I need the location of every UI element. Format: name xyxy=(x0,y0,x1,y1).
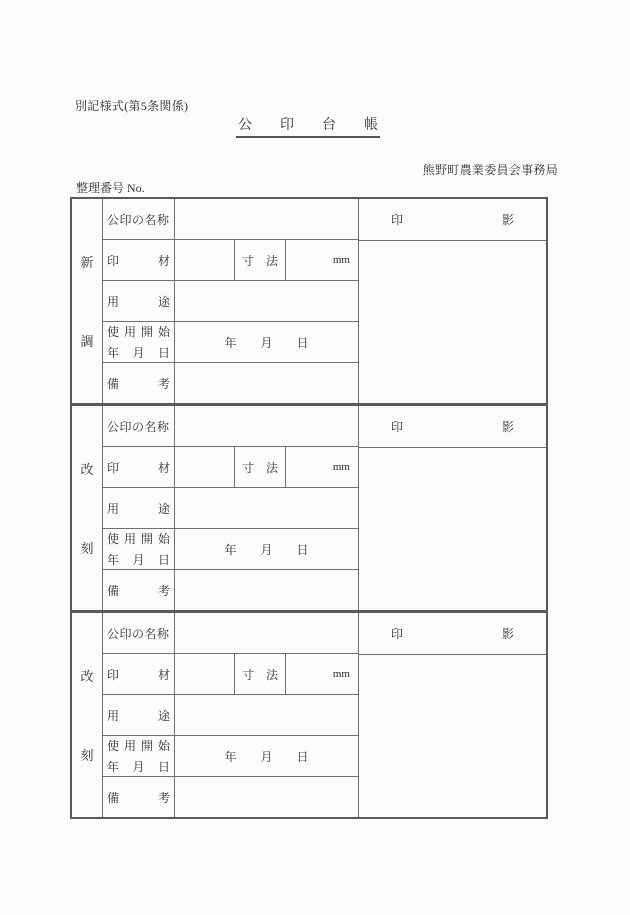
label-char: 寸 xyxy=(242,666,254,683)
use-label: 用 途 xyxy=(103,281,175,321)
label-char: 始 xyxy=(158,737,170,754)
remarks-label: 備 考 xyxy=(103,777,175,817)
impression-column: 印 影 xyxy=(358,406,546,610)
section-reengrave-1: 改 刻 公印の名称 印 材 寸 法 xyxy=(72,403,546,610)
use-value-cell xyxy=(175,488,358,528)
size-unit: mm xyxy=(333,254,350,266)
label-char: 年 xyxy=(107,758,119,775)
label-char: 備 xyxy=(107,582,119,599)
section-reengrave-2-rows: 公印の名称 印 材 寸 法 mm xyxy=(103,613,358,817)
start-date-label-line1: 使 用 開 始 xyxy=(107,530,170,547)
size-value-cell: mm xyxy=(286,254,358,266)
start-date-label: 使 用 開 始 年 月 日 xyxy=(103,736,175,776)
start-date-label-lines: 使 用 開 始 年 月 日 xyxy=(107,530,170,568)
material-content: 寸 法 mm xyxy=(175,240,358,280)
label-char: 考 xyxy=(158,789,170,806)
label-char: 法 xyxy=(266,666,278,683)
start-date-label: 使 用 開 始 年 月 日 xyxy=(103,529,175,569)
remarks-label: 備 考 xyxy=(103,363,175,403)
use-value-cell xyxy=(175,281,358,321)
seal-name-row: 公印の名称 xyxy=(103,613,358,654)
material-value-cell xyxy=(175,654,235,694)
label-char: 印 xyxy=(391,418,403,435)
impression-label: 印 影 xyxy=(359,406,546,448)
label-char: 月 xyxy=(132,758,144,775)
start-date-row: 使 用 開 始 年 月 日 年 月 日 xyxy=(103,322,358,363)
type-char: 改 xyxy=(80,459,93,478)
size-unit: mm xyxy=(333,461,350,473)
label-char: 始 xyxy=(158,530,170,547)
label-char: 開 xyxy=(141,737,153,754)
label-char: 途 xyxy=(158,707,170,724)
seal-name-value-cell xyxy=(175,613,358,653)
type-char: 刻 xyxy=(80,745,93,764)
label-char: 寸 xyxy=(242,459,254,476)
use-label: 用 途 xyxy=(103,695,175,735)
label-char: 年 xyxy=(107,551,119,568)
use-row: 用 途 xyxy=(103,488,358,529)
impression-label: 印 影 xyxy=(359,199,546,241)
section-reengrave-2-type-label: 改 刻 xyxy=(72,613,103,817)
label-char: 影 xyxy=(502,625,514,642)
remarks-row: 備 考 xyxy=(103,363,358,403)
label-char: 用 xyxy=(107,293,119,310)
start-date-label-line2: 年 月 日 xyxy=(107,344,170,361)
start-date-label-line1: 使 用 開 始 xyxy=(107,323,170,340)
seal-name-label: 公印の名称 xyxy=(103,613,175,653)
label-char: 材 xyxy=(158,666,170,683)
seal-register-table: 新 調 公印の名称 印 材 寸 法 xyxy=(70,197,548,819)
office-name: 熊野町農業委員会事務局 xyxy=(423,161,558,178)
label-char: 法 xyxy=(266,252,278,269)
size-unit: mm xyxy=(333,668,350,680)
material-row: 印 材 寸 法 mm xyxy=(103,447,358,488)
seal-name-label: 公印の名称 xyxy=(103,199,175,239)
size-value-cell: mm xyxy=(286,668,358,680)
section-reengrave-2: 改 刻 公印の名称 印 材 寸 法 xyxy=(72,610,546,817)
start-date-value-cell: 年 月 日 xyxy=(175,529,358,569)
document-page: 別記様式(第5条関係) 公 印 台 帳 熊野町農業委員会事務局 整理番号 No.… xyxy=(0,0,630,915)
section-new-type-label: 新 調 xyxy=(72,199,103,403)
section-reengrave-1-rows: 公印の名称 印 材 寸 法 mm xyxy=(103,406,358,610)
label-char: 日 xyxy=(158,551,170,568)
label-char: 途 xyxy=(158,293,170,310)
impression-column: 印 影 xyxy=(358,199,546,403)
seal-name-value-cell xyxy=(175,406,358,446)
serial-number-label: 整理番号 No. xyxy=(76,179,145,196)
type-char: 新 xyxy=(80,252,93,271)
label-char: 用 xyxy=(107,500,119,517)
label-char: 印 xyxy=(391,625,403,642)
label-char: 寸 xyxy=(242,252,254,269)
section-new-rows: 公印の名称 印 材 寸 法 mm xyxy=(103,199,358,403)
label-char: 途 xyxy=(158,500,170,517)
type-char: 改 xyxy=(80,666,93,685)
start-date-label-line1: 使 用 開 始 xyxy=(107,737,170,754)
label-char: 用 xyxy=(124,530,136,547)
remarks-value-cell xyxy=(175,363,358,403)
material-row: 印 材 寸 法 mm xyxy=(103,654,358,695)
label-char: 日 xyxy=(158,758,170,775)
remarks-value-cell xyxy=(175,570,358,610)
impression-area xyxy=(359,448,546,610)
label-char: 材 xyxy=(158,459,170,476)
label-char: 用 xyxy=(124,323,136,340)
material-row: 印 材 寸 法 mm xyxy=(103,240,358,281)
start-date-label-lines: 使 用 開 始 年 月 日 xyxy=(107,323,170,361)
material-value-cell xyxy=(175,447,235,487)
start-date-label-lines: 使 用 開 始 年 月 日 xyxy=(107,737,170,775)
section-reengrave-1-type-label: 改 刻 xyxy=(72,406,103,610)
label-char: 考 xyxy=(158,582,170,599)
section-new: 新 調 公印の名称 印 材 寸 法 xyxy=(72,199,546,403)
material-content: 寸 法 mm xyxy=(175,447,358,487)
remarks-row: 備 考 xyxy=(103,777,358,817)
start-date-value-cell: 年 月 日 xyxy=(175,736,358,776)
label-char: 開 xyxy=(141,323,153,340)
label-char: 開 xyxy=(141,530,153,547)
material-label: 印 材 xyxy=(103,447,175,487)
label-char: 用 xyxy=(124,737,136,754)
label-char: 法 xyxy=(266,459,278,476)
start-date-value-cell: 年 月 日 xyxy=(175,322,358,362)
material-value-cell xyxy=(175,240,235,280)
remarks-row: 備 考 xyxy=(103,570,358,610)
use-value-cell xyxy=(175,695,358,735)
label-char: 印 xyxy=(107,666,119,683)
use-row: 用 途 xyxy=(103,695,358,736)
material-label: 印 材 xyxy=(103,240,175,280)
label-char: 日 xyxy=(158,344,170,361)
label-char: 月 xyxy=(132,551,144,568)
label-char: 備 xyxy=(107,789,119,806)
label-char: 考 xyxy=(158,375,170,392)
impression-area xyxy=(359,655,546,817)
form-note: 別記様式(第5条関係) xyxy=(75,97,188,114)
start-date-label-line2: 年 月 日 xyxy=(107,551,170,568)
start-date-row: 使 用 開 始 年 月 日 年 月 日 xyxy=(103,529,358,570)
label-char: 印 xyxy=(107,459,119,476)
type-char: 調 xyxy=(80,331,93,350)
seal-name-value-cell xyxy=(175,199,358,239)
size-label: 寸 法 xyxy=(235,654,286,694)
size-value-cell: mm xyxy=(286,461,358,473)
label-char: 材 xyxy=(158,252,170,269)
impression-label: 印 影 xyxy=(359,613,546,655)
label-char: 印 xyxy=(107,252,119,269)
use-row: 用 途 xyxy=(103,281,358,322)
label-char: 始 xyxy=(158,323,170,340)
impression-column: 印 影 xyxy=(358,613,546,817)
page-title: 公 印 台 帳 xyxy=(236,114,380,138)
label-char: 印 xyxy=(391,211,403,228)
label-char: 影 xyxy=(502,418,514,435)
use-label: 用 途 xyxy=(103,488,175,528)
impression-area xyxy=(359,241,546,403)
start-date-row: 使 用 開 始 年 月 日 年 月 日 xyxy=(103,736,358,777)
seal-name-label: 公印の名称 xyxy=(103,406,175,446)
type-char: 刻 xyxy=(80,538,93,557)
label-char: 月 xyxy=(132,344,144,361)
remarks-label: 備 考 xyxy=(103,570,175,610)
label-char: 使 xyxy=(107,323,119,340)
label-char: 影 xyxy=(502,211,514,228)
seal-name-row: 公印の名称 xyxy=(103,199,358,240)
label-char: 年 xyxy=(107,344,119,361)
size-label: 寸 法 xyxy=(235,240,286,280)
remarks-value-cell xyxy=(175,777,358,817)
start-date-label: 使 用 開 始 年 月 日 xyxy=(103,322,175,362)
start-date-label-line2: 年 月 日 xyxy=(107,758,170,775)
label-char: 使 xyxy=(107,530,119,547)
label-char: 使 xyxy=(107,737,119,754)
label-char: 用 xyxy=(107,707,119,724)
seal-name-row: 公印の名称 xyxy=(103,406,358,447)
material-label: 印 材 xyxy=(103,654,175,694)
size-label: 寸 法 xyxy=(235,447,286,487)
label-char: 備 xyxy=(107,375,119,392)
material-content: 寸 法 mm xyxy=(175,654,358,694)
